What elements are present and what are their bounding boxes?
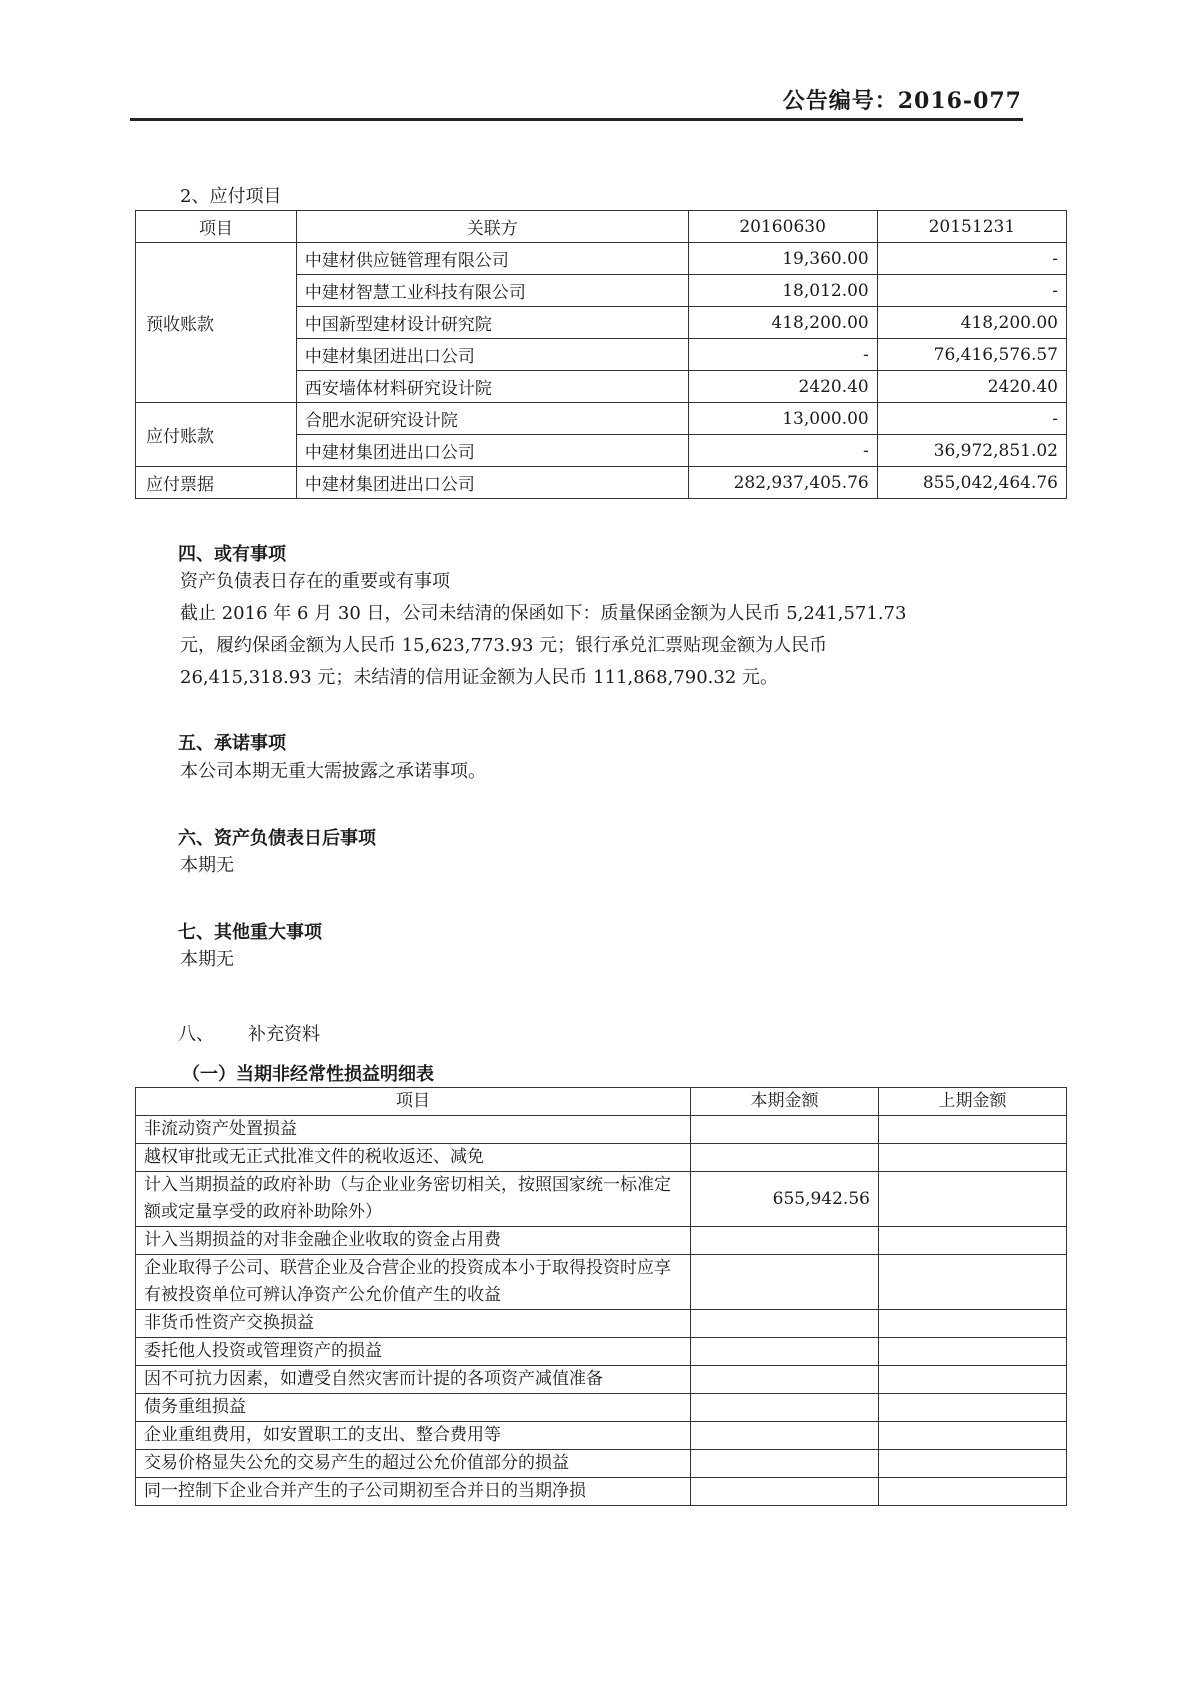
- value-cell: -: [877, 243, 1066, 275]
- value-cell: 2420.40: [688, 371, 877, 403]
- table-row: 委托他人投资或管理资产的损益: [136, 1338, 1067, 1366]
- non-recurring-items-table: 项目 本期金额 上期金额 非流动资产处置损益 越权审批或无正式批准文件的税收返还…: [135, 1087, 1067, 1506]
- current-amount-cell: [690, 1394, 878, 1422]
- section-6-body: 本期无: [180, 850, 234, 882]
- value-cell: -: [688, 339, 877, 371]
- current-amount-cell: [690, 1450, 878, 1478]
- table-row: 同一控制下企业合并产生的子公司期初至合并日的当期净损: [136, 1478, 1067, 1506]
- party-cell: 合肥水泥研究设计院: [296, 403, 688, 435]
- section-7-title: 七、其他重大事项: [178, 918, 322, 944]
- table-row: 企业取得子公司、联营企业及合营企业的投资成本小于取得投资时应享有被投资单位可辨认…: [136, 1255, 1067, 1310]
- payables-title: 2、应付项目: [180, 182, 281, 208]
- value-cell: -: [877, 403, 1066, 435]
- column-header: 项目: [136, 1088, 691, 1116]
- current-amount-cell: [690, 1255, 878, 1310]
- section-4-line-3: 26,415,318.93 元；未结清的信用证金额为人民币 111,868,79…: [180, 662, 1020, 694]
- party-cell: 中建材供应链管理有限公司: [296, 243, 688, 275]
- party-cell: 中建材集团进出口公司: [296, 339, 688, 371]
- party-cell: 中建材集团进出口公司: [296, 467, 688, 499]
- item-cell: 非货币性资产交换损益: [136, 1310, 691, 1338]
- current-amount-cell: [690, 1310, 878, 1338]
- current-amount-cell: [690, 1144, 878, 1172]
- item-cell: 同一控制下企业合并产生的子公司期初至合并日的当期净损: [136, 1478, 691, 1506]
- current-amount-cell: [690, 1478, 878, 1506]
- section-4-subtitle: 资产负债表日存在的重要或有事项: [180, 566, 450, 598]
- item-cell: 越权审批或无正式批准文件的税收返还、减免: [136, 1144, 691, 1172]
- column-header: 本期金额: [690, 1088, 878, 1116]
- table-row: 应付账款 合肥水泥研究设计院 13,000.00 -: [136, 403, 1067, 435]
- prior-amount-cell: [878, 1172, 1066, 1227]
- current-amount-cell: [690, 1422, 878, 1450]
- party-cell: 中建材智慧工业科技有限公司: [296, 275, 688, 307]
- item-cell: 应付票据: [136, 467, 297, 499]
- prior-amount-cell: [878, 1255, 1066, 1310]
- current-amount-cell: 655,942.56: [690, 1172, 878, 1227]
- party-cell: 中国新型建材设计研究院: [296, 307, 688, 339]
- section-8-title: 补充资料: [248, 1020, 320, 1046]
- current-amount-cell: [690, 1338, 878, 1366]
- column-header: 关联方: [296, 211, 688, 243]
- value-cell: 36,972,851.02: [877, 435, 1066, 467]
- value-cell: 418,200.00: [877, 307, 1066, 339]
- value-cell: 18,012.00: [688, 275, 877, 307]
- section-8-number: 八、: [178, 1020, 214, 1046]
- section-6-title: 六、资产负债表日后事项: [178, 824, 376, 850]
- value-cell: 282,937,405.76: [688, 467, 877, 499]
- value-cell: 76,416,576.57: [877, 339, 1066, 371]
- table-row: 债务重组损益: [136, 1394, 1067, 1422]
- item-cell: 交易价格显失公允的交易产生的超过公允价值部分的损益: [136, 1450, 691, 1478]
- value-cell: -: [877, 275, 1066, 307]
- table-row: 企业重组费用，如安置职工的支出、整合费用等: [136, 1422, 1067, 1450]
- table-row: 预收账款 中建材供应链管理有限公司 19,360.00 -: [136, 243, 1067, 275]
- payables-table: 项目 关联方 20160630 20151231 预收账款 中建材供应链管理有限…: [135, 210, 1067, 499]
- table-row: 计入当期损益的政府补助（与企业业务密切相关，按照国家统一标准定额或定量享受的政府…: [136, 1172, 1067, 1227]
- prior-amount-cell: [878, 1422, 1066, 1450]
- table-row: 交易价格显失公允的交易产生的超过公允价值部分的损益: [136, 1450, 1067, 1478]
- item-cell: 因不可抗力因素，如遭受自然灾害而计提的各项资产减值准备: [136, 1366, 691, 1394]
- item-cell: 企业重组费用，如安置职工的支出、整合费用等: [136, 1422, 691, 1450]
- column-header: 上期金额: [878, 1088, 1066, 1116]
- prior-amount-cell: [878, 1366, 1066, 1394]
- prior-amount-cell: [878, 1478, 1066, 1506]
- party-cell: 中建材集团进出口公司: [296, 435, 688, 467]
- column-header: 20151231: [877, 211, 1066, 243]
- table-header-row: 项目 关联方 20160630 20151231: [136, 211, 1067, 243]
- item-cell: 委托他人投资或管理资产的损益: [136, 1338, 691, 1366]
- value-cell: 855,042,464.76: [877, 467, 1066, 499]
- section-8-subtitle: （一）当期非经常性损益明细表: [182, 1060, 434, 1086]
- table-row: 应付票据 中建材集团进出口公司 282,937,405.76 855,042,4…: [136, 467, 1067, 499]
- section-4-line-1: 截止 2016 年 6 月 30 日，公司未结清的保函如下：质量保函金额为人民币…: [180, 598, 1020, 630]
- table-row: 计入当期损益的对非金融企业收取的资金占用费: [136, 1227, 1067, 1255]
- section-5-title: 五、承诺事项: [178, 729, 286, 755]
- announcement-number: 公告编号：2016-077: [760, 84, 1022, 115]
- value-cell: -: [688, 435, 877, 467]
- column-header: 项目: [136, 211, 297, 243]
- table-row: 非流动资产处置损益: [136, 1116, 1067, 1144]
- header-divider: [130, 118, 1023, 121]
- prior-amount-cell: [878, 1450, 1066, 1478]
- table-header-row: 项目 本期金额 上期金额: [136, 1088, 1067, 1116]
- item-cell: 债务重组损益: [136, 1394, 691, 1422]
- item-cell: 非流动资产处置损益: [136, 1116, 691, 1144]
- current-amount-cell: [690, 1227, 878, 1255]
- current-amount-cell: [690, 1116, 878, 1144]
- prior-amount-cell: [878, 1227, 1066, 1255]
- value-cell: 13,000.00: [688, 403, 877, 435]
- section-4-line-2: 元，履约保函金额为人民币 15,623,773.93 元；银行承兑汇票贴现金额为…: [180, 630, 1020, 662]
- section-7-body: 本期无: [180, 944, 234, 976]
- section-5-body: 本公司本期无重大需披露之承诺事项。: [180, 756, 486, 788]
- prior-amount-cell: [878, 1310, 1066, 1338]
- item-cell: 预收账款: [136, 243, 297, 403]
- column-header: 20160630: [688, 211, 877, 243]
- item-cell: 计入当期损益的政府补助（与企业业务密切相关，按照国家统一标准定额或定量享受的政府…: [136, 1172, 691, 1227]
- value-cell: 19,360.00: [688, 243, 877, 275]
- item-cell: 企业取得子公司、联营企业及合营企业的投资成本小于取得投资时应享有被投资单位可辨认…: [136, 1255, 691, 1310]
- table-row: 非货币性资产交换损益: [136, 1310, 1067, 1338]
- table-row: 越权审批或无正式批准文件的税收返还、减免: [136, 1144, 1067, 1172]
- party-cell: 西安墙体材料研究设计院: [296, 371, 688, 403]
- prior-amount-cell: [878, 1144, 1066, 1172]
- prior-amount-cell: [878, 1394, 1066, 1422]
- prior-amount-cell: [878, 1116, 1066, 1144]
- value-cell: 2420.40: [877, 371, 1066, 403]
- prior-amount-cell: [878, 1338, 1066, 1366]
- value-cell: 418,200.00: [688, 307, 877, 339]
- item-cell: 计入当期损益的对非金融企业收取的资金占用费: [136, 1227, 691, 1255]
- table-row: 因不可抗力因素，如遭受自然灾害而计提的各项资产减值准备: [136, 1366, 1067, 1394]
- item-cell: 应付账款: [136, 403, 297, 467]
- current-amount-cell: [690, 1366, 878, 1394]
- section-4-title: 四、或有事项: [178, 540, 286, 566]
